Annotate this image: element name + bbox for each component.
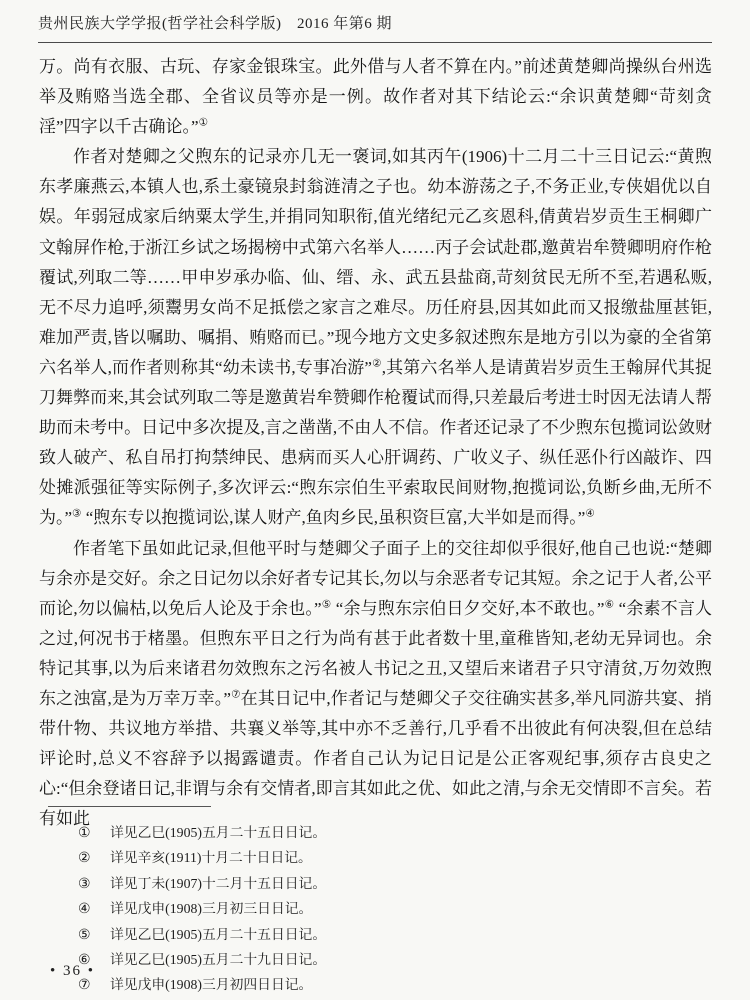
footnote-separator: [48, 806, 211, 807]
footnotes-block: ①详见乙巳(1905)五月二十五日日记。②详见辛亥(1911)十月二十日日记。③…: [78, 820, 326, 998]
footnote-number: ④: [78, 896, 98, 921]
footnote-number: ②: [78, 845, 98, 870]
footnote-ref: ⑦: [231, 689, 241, 700]
footnote-text: 详见乙巳(1905)五月二十九日日记。: [110, 952, 326, 967]
running-header: 贵州民族大学学报(哲学社会科学版) 2016 年第6 期: [38, 12, 712, 43]
footnote-ref: ⑥: [604, 599, 614, 610]
footnote-item: ⑦详见戊申(1908)三月初四日日记。: [78, 972, 326, 997]
paragraph-text: ,其第六名举人是请黄岩岁贡生王翰屏代其捉刀舞弊而来,其会试列取二等是邀黄岩牟赞卿…: [39, 358, 712, 527]
footnote-number: ⑤: [78, 922, 98, 947]
paragraph-text: 万。尚有衣服、古玩、存家金银珠宝。此外借与人者不算在内。”前述黄楚卿尚操纵台州选…: [39, 57, 712, 136]
footnote-ref: ①: [199, 118, 208, 129]
footnote-number: ③: [78, 871, 98, 896]
body-paragraph: 万。尚有衣服、古玩、存家金银珠宝。此外借与人者不算在内。”前述黄楚卿尚操纵台州选…: [39, 52, 712, 142]
footnote-ref: ②: [372, 358, 382, 369]
footnote-text: 详见辛亥(1911)十月二十日日记。: [110, 850, 312, 865]
paragraph-text: “煦东专以抱揽词讼,谋人财产,鱼肉乡民,虽积资巨富,大半如是而得。”: [81, 508, 585, 527]
footnote-text: 详见乙巳(1905)五月二十五日日记。: [110, 927, 326, 942]
footnote-item: ②详见辛亥(1911)十月二十日日记。: [78, 845, 326, 870]
body-paragraph: 作者对楚卿之父煦东的记录亦几无一褒词,如其丙午(1906)十二月二十三日记云:“…: [39, 142, 712, 533]
paragraph-text: “余与煦东宗伯日夕交好,本不敢也。”: [331, 599, 604, 618]
footnote-item: ⑤详见乙巳(1905)五月二十五日日记。: [78, 922, 326, 947]
footnote-number: ①: [78, 820, 98, 845]
footnote-ref: ④: [585, 509, 594, 520]
page-number: • 36 •: [50, 963, 95, 980]
footnote-text: 详见戊申(1908)三月初四日日记。: [110, 977, 312, 992]
footnote-item: ③详见丁未(1907)十二月十五日日记。: [78, 871, 326, 896]
footnote-text: 详见乙巳(1905)五月二十五日日记。: [110, 825, 326, 840]
footnote-item: ①详见乙巳(1905)五月二十五日日记。: [78, 820, 326, 845]
body-paragraph: 作者笔下虽如此记录,但他平时与楚卿父子面子上的交往却似乎很好,他自己也说:“楚卿…: [39, 534, 712, 835]
footnote-item: ⑥详见乙巳(1905)五月二十九日日记。: [78, 947, 326, 972]
footnote-text: 详见丁未(1907)十二月十五日日记。: [110, 876, 326, 891]
footnote-item: ④详见戊申(1908)三月初三日日记。: [78, 896, 326, 921]
footnote-text: 详见戊申(1908)三月初三日日记。: [110, 901, 312, 916]
article-body: 万。尚有衣服、古玩、存家金银珠宝。此外借与人者不算在内。”前述黄楚卿尚操纵台州选…: [39, 52, 712, 834]
journal-page: 贵州民族大学学报(哲学社会科学版) 2016 年第6 期 万。尚有衣服、古玩、存…: [0, 0, 750, 1000]
footnote-ref: ⑤: [322, 599, 332, 610]
journal-title-line: 贵州民族大学学报(哲学社会科学版) 2016 年第6 期: [38, 16, 392, 32]
paragraph-text: 作者对楚卿之父煦东的记录亦几无一褒词,如其丙午(1906)十二月二十三日记云:“…: [39, 147, 712, 377]
paragraph-text: 在其日记中,作者记与楚卿父子交往确实甚多,举凡同游共宴、捎带什物、共议地方举措、…: [39, 689, 712, 828]
